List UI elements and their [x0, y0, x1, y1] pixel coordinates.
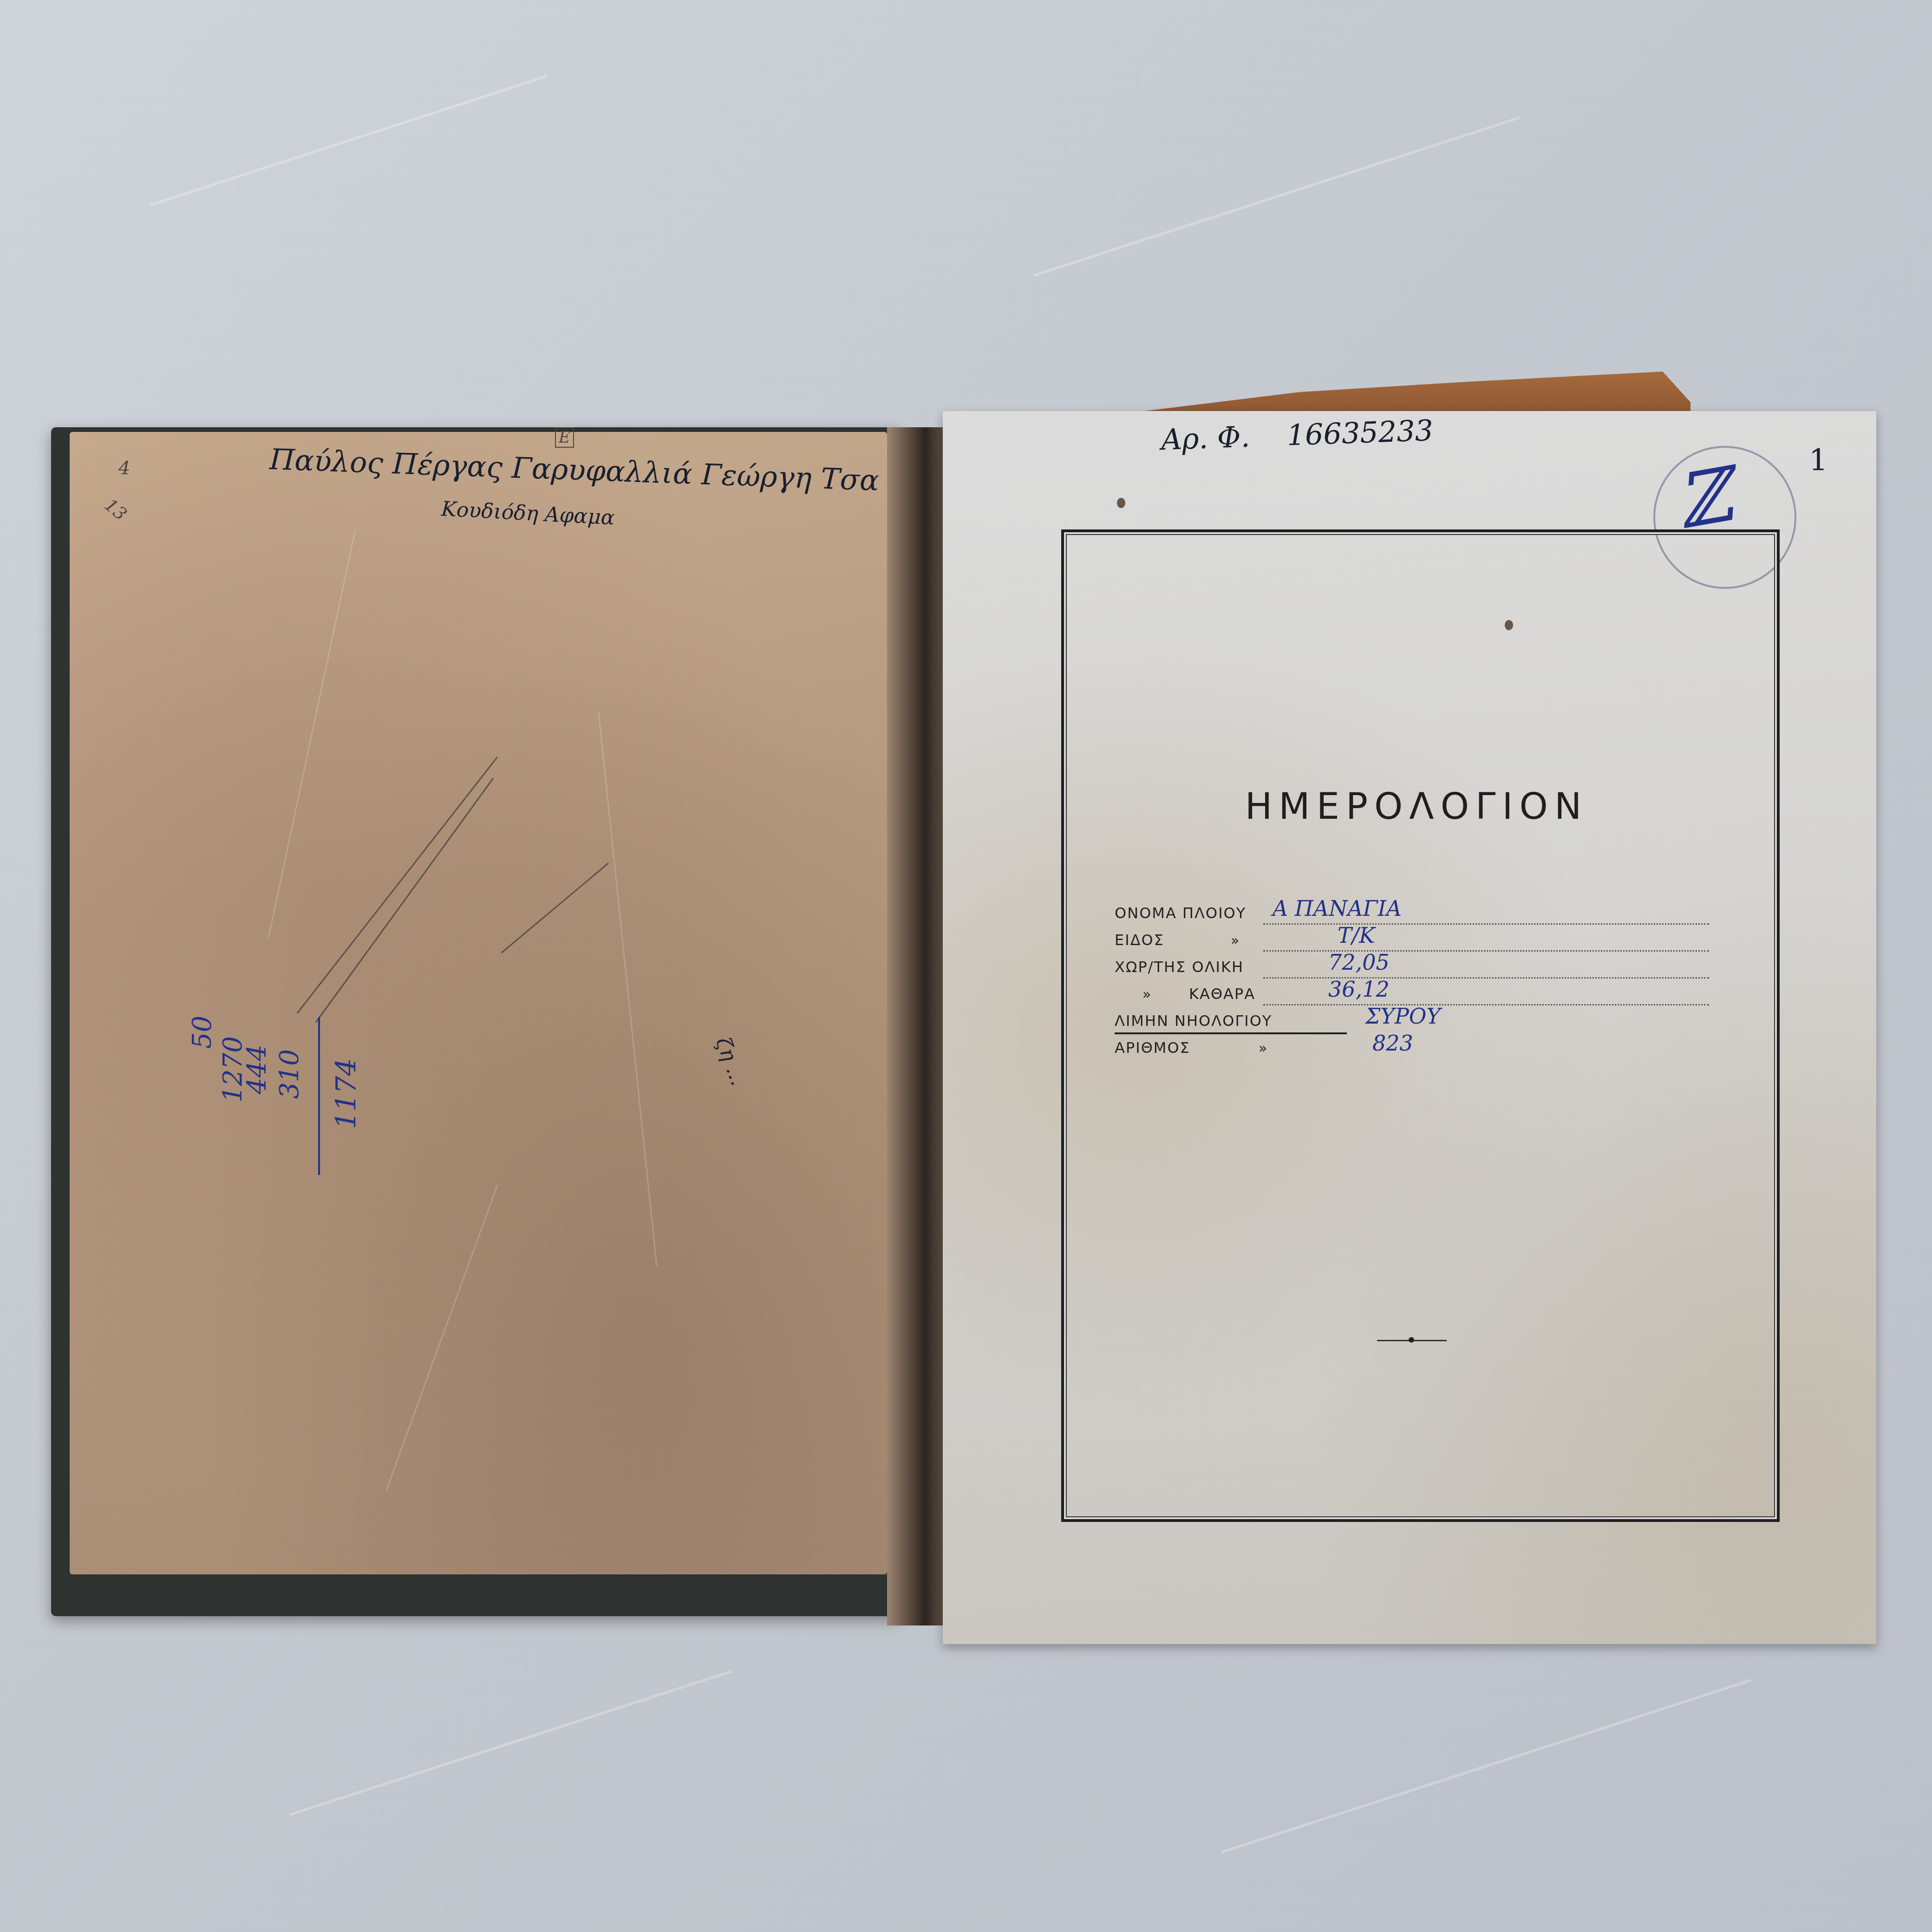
form-label: ΧΩΡ/ΤΗΣ ΟΛΙΚΗ — [1115, 958, 1244, 976]
paper-crease — [385, 1185, 498, 1491]
paper-hole — [1117, 498, 1125, 508]
form-row-net-tonnage: » ΚΑΘΑΡΑ 36,12 — [1115, 979, 1709, 1005]
form-row-type: ΕΙΔΟΣ » Τ/Κ — [1115, 926, 1709, 952]
form-row-registry-port: ΛΙΜΗΝ ΝΗΟΛΟΓΙΟΥ ΣΥΡΟΥ — [1115, 1006, 1709, 1032]
margin-number: 4 — [118, 457, 130, 479]
form-value-gross-tonnage: 72,05 — [1328, 950, 1390, 975]
inside-cover-endpaper — [70, 432, 887, 1574]
form-row-gross-tonnage: ΧΩΡ/ΤΗΣ ΟΛΙΚΗ 72,05 — [1115, 953, 1709, 979]
table-texture — [1034, 116, 1521, 277]
registry-prefix: Αρ. Φ. — [1161, 420, 1251, 457]
form-value-net-tonnage: 36,12 — [1328, 977, 1390, 1002]
sum-addend: 310 — [274, 1049, 305, 1099]
ditto-mark: » — [1259, 1040, 1267, 1057]
page-number: 1 — [1809, 444, 1828, 478]
form-label: ΑΡΙΘΜΟΣ — [1115, 1039, 1190, 1057]
form-dotted-line — [1263, 1004, 1709, 1005]
paper-crease — [598, 712, 657, 1266]
sum-rule — [318, 1017, 320, 1175]
sum-total: 1174 — [330, 1058, 363, 1129]
page-title: ΗΜΕΡΟΛΟΓΙΟΝ — [1231, 786, 1602, 828]
form-value-ship-name: Α ΠΑΝΑΓΙΑ — [1273, 896, 1402, 921]
table-texture — [290, 1670, 732, 1816]
form-row-ship-name: ΟΝΟΜΑ ΠΛΟΙΟΥ Α ΠΑΝΑΓΙΑ — [1115, 899, 1709, 925]
registry-number: 16635233 — [1286, 413, 1434, 452]
form-label: ΛΙΜΗΝ ΝΗΟΛΟΓΙΟΥ — [1115, 1012, 1272, 1030]
ditto-mark: » — [1142, 986, 1151, 1003]
form-value-number: 823 — [1372, 1031, 1413, 1056]
form-dotted-line — [1263, 923, 1709, 925]
sum-addend: 50 — [187, 1016, 217, 1049]
vertical-sum: 50 1270 444 310 1174 — [195, 999, 381, 1207]
sum-addend: 444 — [242, 1044, 272, 1094]
form-value-registry-port: ΣΥΡΟΥ — [1365, 1004, 1441, 1029]
decorative-rule — [1377, 1340, 1447, 1341]
form-label: ΚΑΘΑΡΑ — [1189, 985, 1255, 1003]
form-label: ΕΙΔΟΣ — [1115, 931, 1164, 949]
form-label: ΟΝΟΜΑ ΠΛΟΙΟΥ — [1115, 904, 1246, 922]
table-texture — [1221, 1679, 1751, 1854]
form-value-type: Τ/Κ — [1338, 923, 1375, 948]
paper-crease — [268, 529, 356, 939]
box-mark: E — [555, 427, 574, 448]
table-texture — [149, 75, 548, 207]
ditto-mark: » — [1231, 933, 1239, 949]
form-row-number: ΑΡΙΘΜΟΣ » 823 — [1115, 1033, 1709, 1059]
